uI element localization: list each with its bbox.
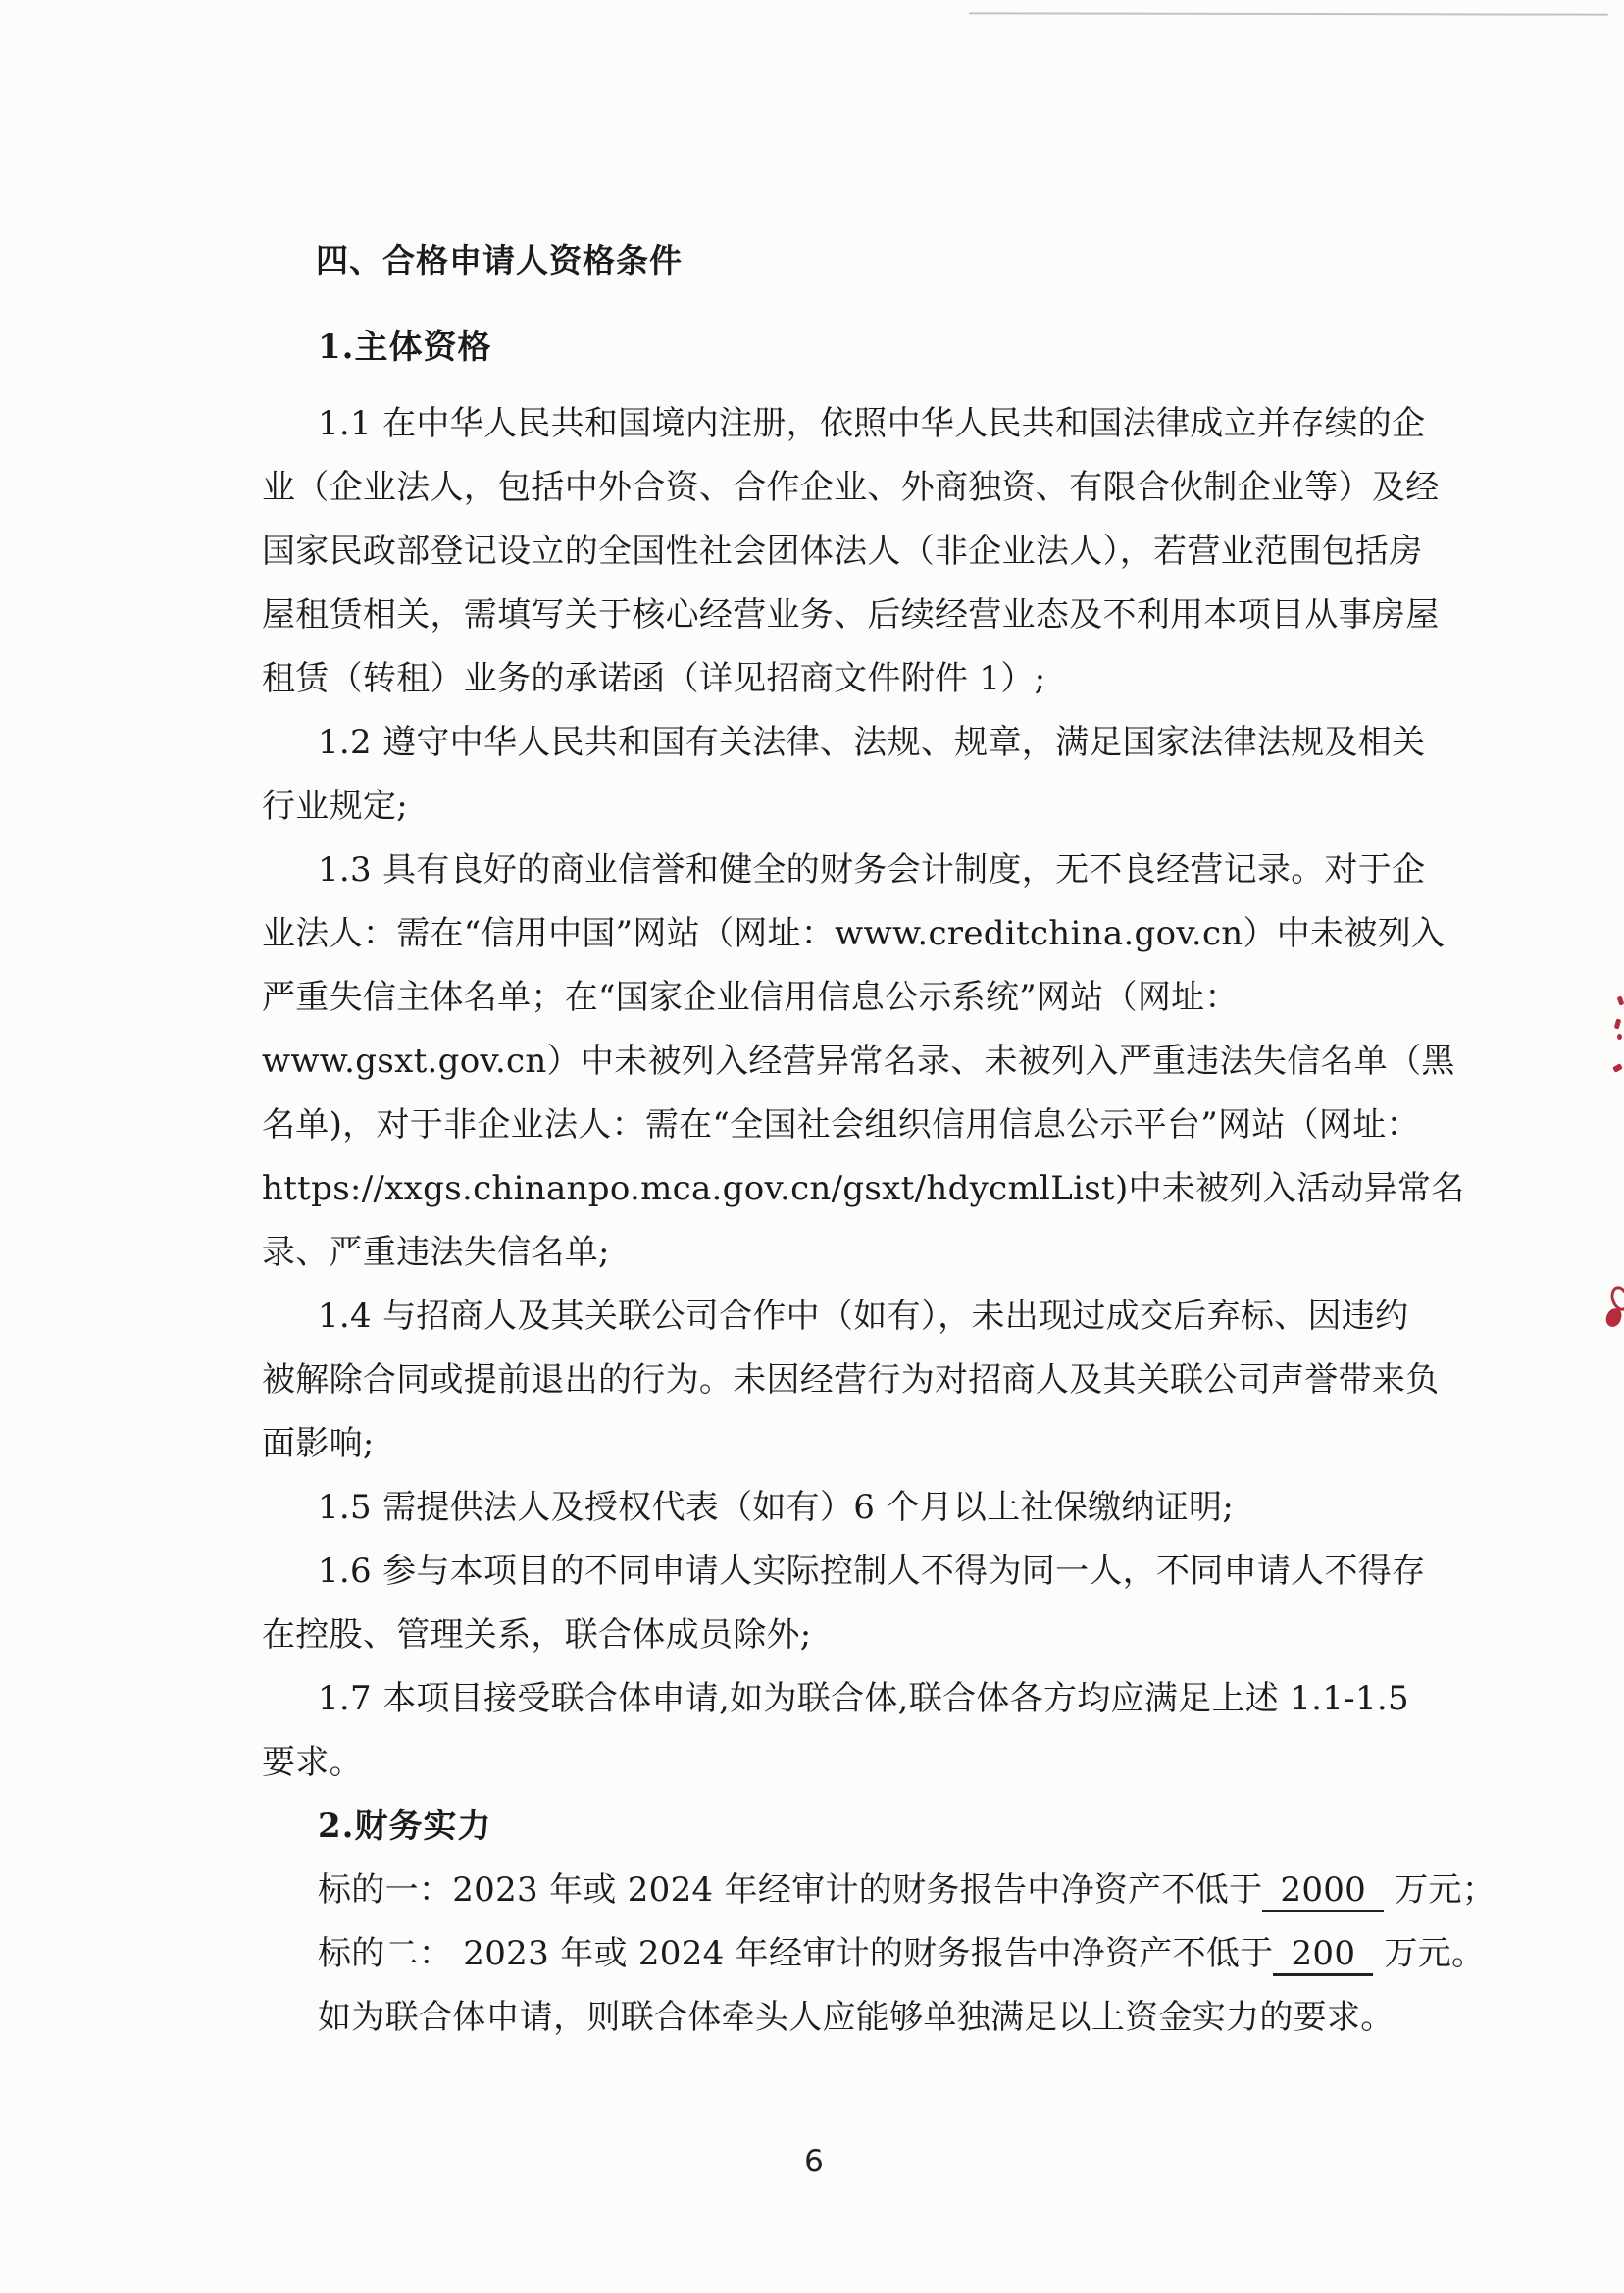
text-segment: 标的一：2023 年或 2024 年经审计的财务报告中净资产不低于	[318, 1870, 1262, 1910]
red-ink-mark	[1612, 1063, 1623, 1073]
text-line: https://xxgs.chinanpo.mca.gov.cn/gsxt/hd…	[262, 1157, 1468, 1221]
underlined-blank-value: 2000	[1262, 1870, 1384, 1912]
page-number: 6	[775, 2144, 853, 2179]
text-line: 1.2 遵守中华人民共和国有关法律、法规、规章，满足国家法律法规及相关	[262, 711, 1468, 775]
text-line: www.gsxt.gov.cn）中未被列入经营异常名录、未被列入严重违法失信名单…	[262, 1030, 1468, 1094]
text-segment: 万元；	[1384, 1870, 1496, 1910]
text-line: 1.3 具有良好的商业信誉和健全的财务会计制度，无不良经营记录。对于企	[262, 839, 1468, 902]
text-line: 租赁（转租）业务的承诺函（详见招商文件附件 1）;	[262, 647, 1468, 711]
section-heading: 四、合格申请人资格条件	[316, 243, 683, 279]
text-line: 1.1 在中华人民共和国境内注册，依照中华人民共和国法律成立并存续的企	[262, 392, 1468, 456]
red-ink-mark	[1617, 995, 1624, 1005]
text-line: 录、严重违法失信名单;	[262, 1221, 1468, 1285]
text-line: 标的二： 2023 年或 2024 年经审计的财务报告中净资产不低于200 万元…	[262, 1922, 1468, 1986]
sub-heading-line: 2.财务实力	[262, 1795, 1468, 1859]
subsection-heading-subject-qualification: 1.主体资格	[318, 330, 492, 366]
text-line: 在控股、管理关系，联合体成员除外;	[262, 1604, 1468, 1667]
scanned-document-page: 四、合格申请人资格条件 1.主体资格 1.1 在中华人民共和国境内注册，依照中华…	[0, 0, 1624, 2293]
underlined-blank-value: 200	[1273, 1934, 1373, 1976]
red-ink-mark	[1604, 1307, 1623, 1329]
red-ink-mark	[1617, 1034, 1622, 1040]
text-line: 要求。	[262, 1731, 1468, 1795]
document-body-text: 1.1 在中华人民共和国境内注册，依照中华人民共和国法律成立并存续的企业（企业法…	[262, 392, 1468, 2050]
text-line: 业（企业法人，包括中外合资、合作企业、外商独资、有限合伙制企业等）及经	[262, 456, 1468, 520]
text-line: 1.5 需提供法人及授权代表（如有）6 个月以上社保缴纳证明;	[262, 1476, 1468, 1540]
text-line: 1.4 与招商人及其关联公司合作中（如有），未出现过成交后弃标、因违约	[262, 1285, 1468, 1349]
text-line: 业法人：需在“信用中国”网站（网址：www.creditchina.gov.cn…	[262, 902, 1468, 966]
text-line: 被解除合同或提前退出的行为。未因经营行为对招商人及其关联公司声誉带来负	[262, 1349, 1468, 1412]
text-line: 面影响;	[262, 1412, 1468, 1476]
text-line: 1.6 参与本项目的不同申请人实际控制人不得为同一人，不同申请人不得存	[262, 1540, 1468, 1604]
text-line: 如为联合体申请，则联合体牵头人应能够单独满足以上资金实力的要求。	[262, 1986, 1468, 2050]
text-line: 屋租赁相关，需填写关于核心经营业务、后续经营业态及不利用本项目从事房屋	[262, 584, 1468, 647]
text-segment: 万元。	[1373, 1934, 1485, 1973]
text-line: 1.7 本项目接受联合体申请,如为联合体,联合体各方均应满足上述 1.1-1.5	[262, 1667, 1468, 1731]
red-ink-mark	[1614, 1019, 1621, 1030]
text-line: 名单)，对于非企业法人：需在“全国社会组织信用信息公示平台”网站（网址：	[262, 1094, 1468, 1157]
text-line: 国家民政部登记设立的全国性社会团体法人（非企业法人），若营业范围包括房	[262, 520, 1468, 584]
text-line: 行业规定;	[262, 775, 1468, 839]
text-segment: 标的二： 2023 年或 2024 年经审计的财务报告中净资产不低于	[318, 1934, 1273, 1973]
text-line: 标的一：2023 年或 2024 年经审计的财务报告中净资产不低于2000 万元…	[262, 1859, 1468, 1922]
text-line: 严重失信主体名单；在“国家企业信用信息公示系统”网站（网址：	[262, 966, 1468, 1030]
scanner-artifact-line	[969, 12, 1608, 15]
